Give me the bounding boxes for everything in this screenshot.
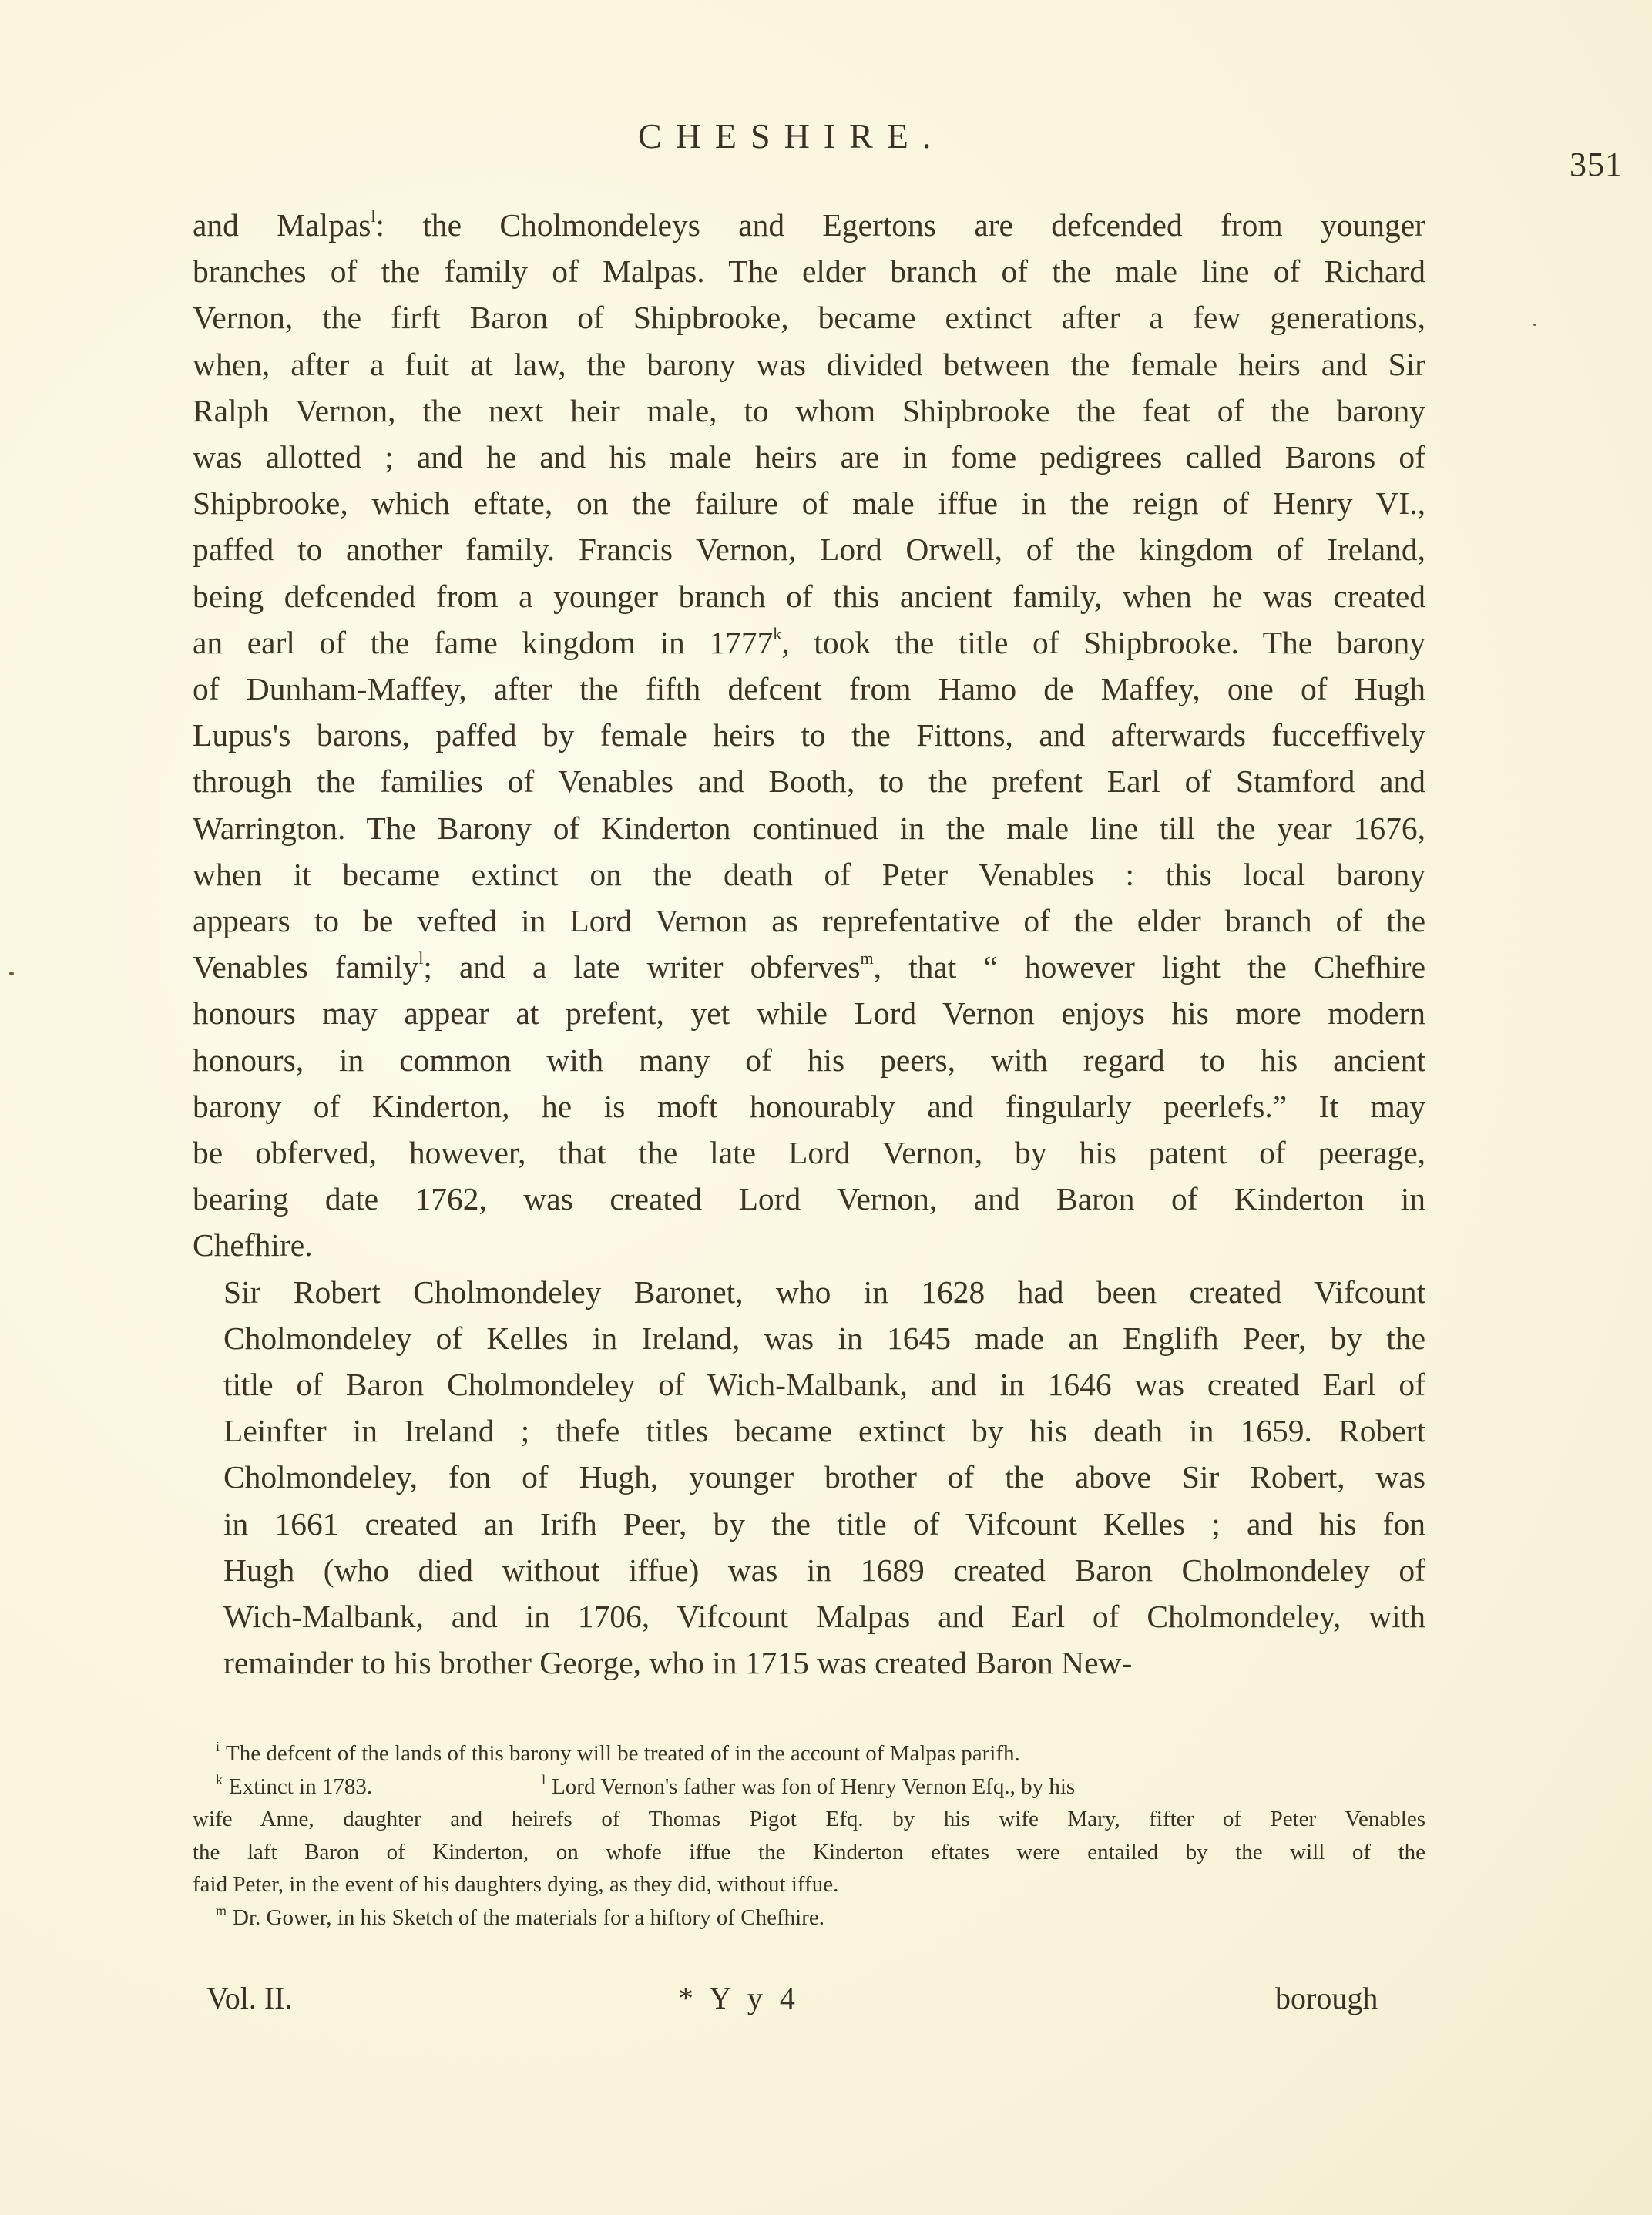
- text-line: Shipbrooke, which eftate, on the failure…: [193, 480, 1425, 526]
- text-line: Lupus's barons, paffed by female heirs t…: [193, 712, 1425, 758]
- footnote-text: Extinct in 1783.: [229, 1774, 372, 1799]
- text-line: Sir Robert Cholmondeley Baronet, who in …: [193, 1269, 1425, 1315]
- ink-speck: [9, 972, 14, 975]
- footnote-l-line: faid Peter, in the event of his daughter…: [193, 1868, 1425, 1901]
- text-line: when it became extinct on the death of P…: [193, 851, 1425, 898]
- text-line: Vernon, the firft Baron of Shipbrooke, b…: [193, 294, 1425, 341]
- footnote-i: iThe defcent of the lands of this barony…: [193, 1737, 1425, 1770]
- main-text: and Malpasl: the Cholmondeleys and Egert…: [193, 202, 1425, 1686]
- text-line: barony of Kinderton, he is moft honourab…: [193, 1083, 1425, 1129]
- text-line: through the families of Venables and Boo…: [193, 758, 1425, 804]
- footnote-mark: i: [216, 1739, 220, 1754]
- text-line: Leinfter in Ireland ; thefe titles becam…: [193, 1408, 1425, 1454]
- text-line: being defcended from a younger branch of…: [193, 573, 1425, 619]
- running-title: CHESHIRE.: [638, 116, 945, 156]
- footnote-text: The defcent of the lands of this barony …: [226, 1741, 1020, 1766]
- paragraph-1: and Malpasl: the Cholmondeleys and Egert…: [193, 202, 1425, 1269]
- signature-mark: * Y y 4: [678, 1980, 800, 2016]
- text-line: of Dunham-Maffey, after the fifth defcen…: [193, 666, 1425, 712]
- text-line: Cholmondeley of Kelles in Ireland, was i…: [193, 1315, 1425, 1361]
- text-line: honours, in common with many of his peer…: [193, 1037, 1425, 1083]
- footnote-text: Dr. Gower, in his Sketch of the material…: [233, 1905, 824, 1930]
- footnote-l-line: the laft Baron of Kinderton, on whofe if…: [193, 1836, 1425, 1869]
- text-line: Ralph Vernon, the next heir male, to who…: [193, 388, 1425, 434]
- ink-speck: [1533, 324, 1536, 326]
- text-line: branches of the family of Malpas. The el…: [193, 248, 1425, 294]
- text-line: remainder to his brother George, who in …: [193, 1639, 1425, 1686]
- text-line: honours may appear at prefent, yet while…: [193, 990, 1425, 1036]
- footnote-k-l-start: kExtinct in 1783.lLord Vernon's father w…: [193, 1770, 1425, 1804]
- footnote-reference[interactable]: l: [371, 206, 375, 226]
- volume-label: Vol. II.: [206, 1980, 292, 2016]
- book-page: CHESHIRE. 351 and Malpasl: the Cholmonde…: [0, 0, 1652, 2215]
- footnote-mark: m: [216, 1903, 227, 1918]
- footnote-mark: k: [216, 1772, 223, 1787]
- footnote-reference[interactable]: l: [418, 948, 423, 968]
- page-number: 351: [1570, 145, 1623, 184]
- text-line: be obferved, however, that the late Lord…: [193, 1129, 1425, 1176]
- footnote-l-line: wife Anne, daughter and heirefs of Thoma…: [193, 1803, 1425, 1836]
- catchword: borough: [1275, 1980, 1378, 2016]
- footnote-m: mDr. Gower, in his Sketch of the materia…: [193, 1901, 1425, 1935]
- text-line: in 1661 created an Irifh Peer, by the ti…: [193, 1501, 1425, 1547]
- text-line: and Malpasl: the Cholmondeleys and Egert…: [193, 202, 1425, 248]
- text-line: Wich-Malbank, and in 1706, Vifcount Malp…: [193, 1593, 1425, 1639]
- footnotes: iThe defcent of the lands of this barony…: [193, 1737, 1425, 1934]
- text-line: Venables familyl; and a late writer obfe…: [193, 944, 1425, 990]
- footnote-mark: l: [542, 1772, 546, 1787]
- footnote-text: Lord Vernon's father was fon of Henry Ve…: [552, 1774, 1075, 1799]
- text-line: Hugh (who died without iffue) was in 168…: [193, 1547, 1425, 1593]
- text-line: Chefhire.: [193, 1222, 1425, 1268]
- text-line: paffed to another family. Francis Vernon…: [193, 526, 1425, 572]
- text-line: Cholmondeley, fon of Hugh, younger broth…: [193, 1454, 1425, 1500]
- text-line: an earl of the fame kingdom in 1777k, to…: [193, 619, 1425, 666]
- footnote-reference[interactable]: k: [773, 624, 781, 643]
- text-line: bearing date 1762, was created Lord Vern…: [193, 1176, 1425, 1222]
- text-line: was allotted ; and he and his male heirs…: [193, 434, 1425, 480]
- text-line: Warrington. The Barony of Kinderton cont…: [193, 805, 1425, 851]
- footnote-reference[interactable]: m: [861, 948, 874, 968]
- paragraph-2: Sir Robert Cholmondeley Baronet, who in …: [193, 1269, 1425, 1686]
- text-line: when, after a fuit at law, the barony wa…: [193, 341, 1425, 388]
- text-line: title of Baron Cholmondeley of Wich-Malb…: [193, 1361, 1425, 1408]
- text-line: appears to be vefted in Lord Vernon as r…: [193, 898, 1425, 944]
